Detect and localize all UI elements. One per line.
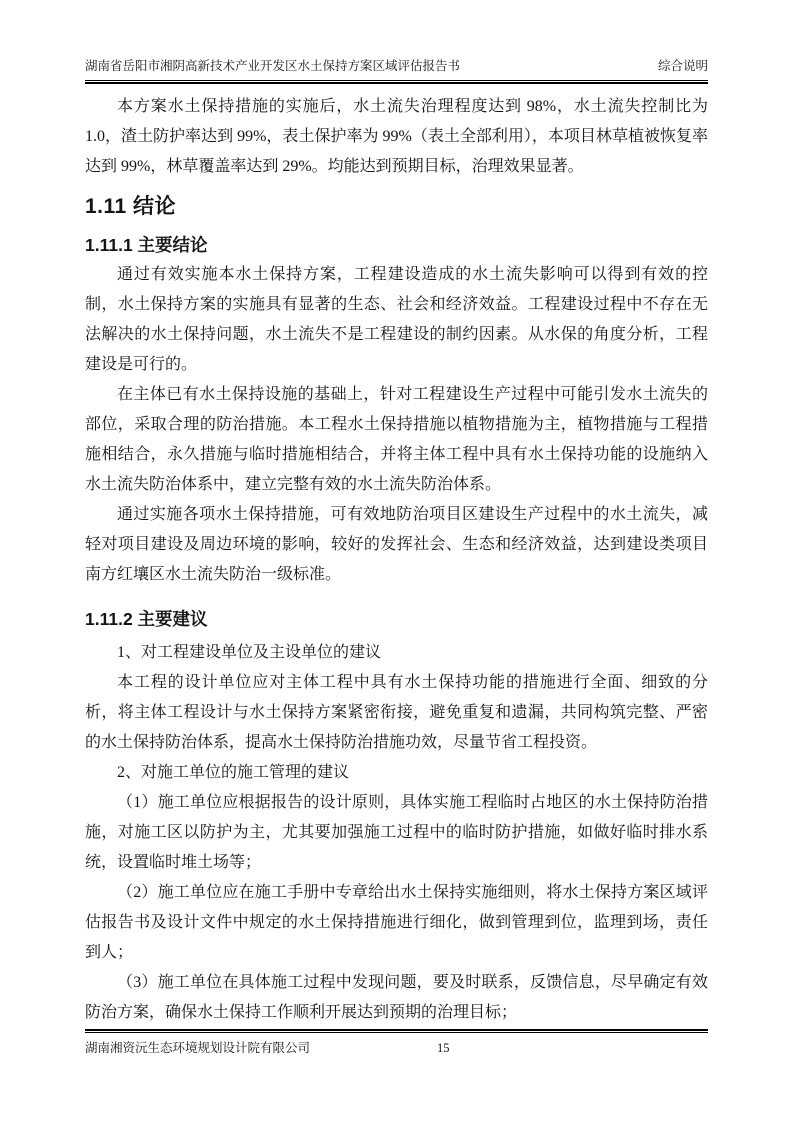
footer-divider [85, 1029, 708, 1033]
suggestion-item2-title: 2、对施工单位的施工管理的建议 [85, 758, 708, 788]
header-section-label: 综合说明 [658, 57, 708, 75]
page-footer: 湖南湘资沅生态环境规划设计院有限公司 15 [85, 1029, 708, 1057]
header-report-title: 湖南省岳阳市湘阴高新技术产业开发区水土保持方案区域评估报告书 [85, 57, 460, 75]
footer-company-name: 湖南湘资沅生态环境规划设计院有限公司 [85, 1039, 310, 1057]
paragraph-conclusion-2: 在主体已有水土保持设施的基础上，针对工程建设生产过程中可能引发水土流失的部位，采… [85, 380, 708, 500]
suggestion-item1-body: 本工程的设计单位应对主体工程中具有水土保持功能的措施进行全面、细致的分析，将主体… [85, 668, 708, 758]
header-row: 湖南省岳阳市湘阴高新技术产业开发区水土保持方案区域评估报告书 综合说明 [85, 57, 708, 80]
document-page: 湖南省岳阳市湘阴高新技术产业开发区水土保持方案区域评估报告书 综合说明 本方案水… [0, 0, 793, 1122]
page-number: 15 [437, 1039, 450, 1057]
suggestion-item2-point1: （1）施工单位应根据报告的设计原则，具体实施工程临时占地区的水土保持防治措施，对… [85, 788, 708, 878]
page-header: 湖南省岳阳市湘阴高新技术产业开发区水土保持方案区域评估报告书 综合说明 [85, 57, 708, 84]
paragraph-conclusion-metrics: 本方案水土保持措施的实施后，水土流失治理程度达到 98%，水土流失控制比为 1.… [85, 92, 708, 182]
suggestion-item2-point3: （3）施工单位在具体施工过程中发现问题，要及时联系，反馈信息，尽早确定有效防治方… [85, 968, 708, 1028]
suggestion-item1-title: 1、对工程建设单位及主设单位的建议 [85, 638, 708, 668]
paragraph-conclusion-1: 通过有效实施本水土保持方案，工程建设造成的水土流失影响可以得到有效的控制，水土保… [85, 260, 708, 380]
footer-row: 湖南湘资沅生态环境规划设计院有限公司 15 [85, 1039, 708, 1057]
heading-1-11-2-suggestions: 1.11.2 主要建议 [85, 604, 708, 634]
heading-1-11-1-main-conclusion: 1.11.1 主要结论 [85, 230, 708, 260]
suggestion-item2-point2: （2）施工单位应在施工手册中专章给出水土保持实施细则，将水土保持方案区域评估报告… [85, 878, 708, 968]
paragraph-conclusion-3: 通过实施各项水土保持措施，可有效地防治项目区建设生产过程中的水土流失，减轻对项目… [85, 500, 708, 590]
heading-1-11-conclusion: 1.11 结论 [85, 190, 708, 224]
document-body: 本方案水土保持措施的实施后，水土流失治理程度达到 98%，水土流失控制比为 1.… [85, 92, 708, 1028]
header-divider [85, 80, 708, 84]
